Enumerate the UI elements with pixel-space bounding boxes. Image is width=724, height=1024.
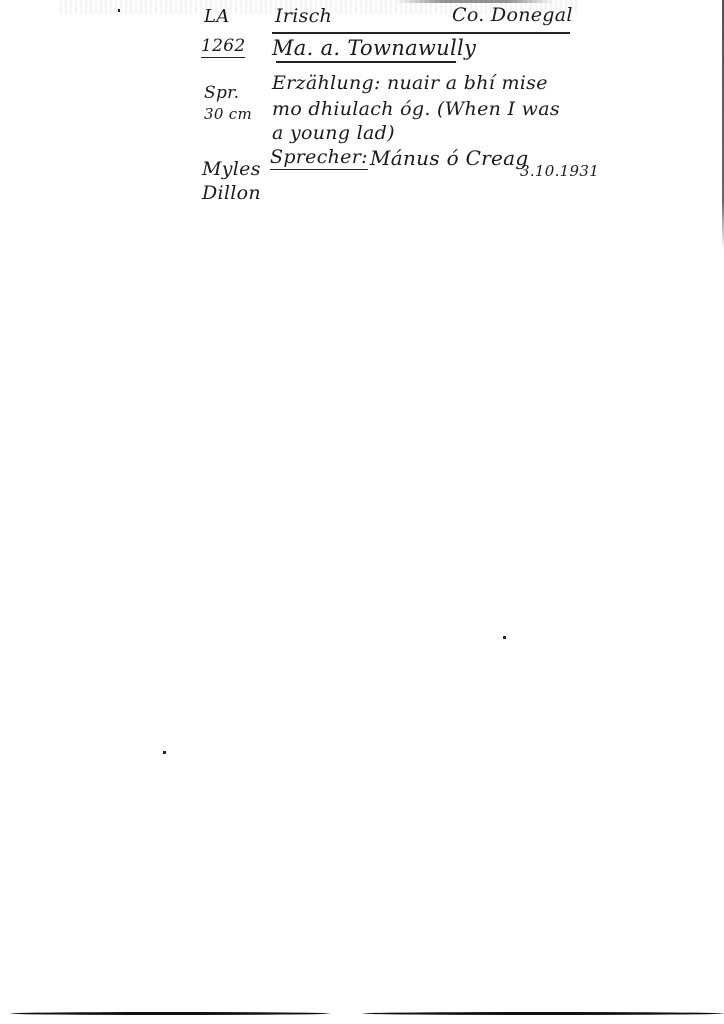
bottom-edge-line-right (362, 1012, 724, 1015)
scan-speck (503, 636, 506, 639)
bottom-edge-line-left (10, 1012, 330, 1015)
scan-artifact-top (395, 0, 555, 3)
header-rule (272, 32, 570, 34)
content-line-3: a young lad) (272, 122, 395, 144)
region-label: Co. Donegal (452, 4, 573, 26)
speaker-name: Mánus ó Creag (370, 146, 529, 170)
recorder-first-name: Myles (202, 158, 261, 180)
scan-speck (118, 9, 120, 12)
content-line-2: mo dhiulach óg. (When I was (272, 98, 560, 120)
content-line-1: Erzählung: nuair a bhí mise (272, 72, 548, 94)
speaker-label: Sprecher: (270, 146, 368, 170)
scan-speck (163, 751, 166, 754)
record-number: 1262 (201, 36, 245, 58)
recorder-last-name: Dillon (202, 182, 261, 204)
recording-date: 3.10.1931 (520, 162, 599, 180)
place-rule (276, 61, 456, 63)
format-label: Spr. (204, 83, 239, 103)
collection-mark: LA (204, 6, 230, 27)
size-label: 30 cm (204, 105, 252, 123)
record-place: Ma. a. Townawully (272, 36, 476, 60)
language-label: Irisch (275, 5, 332, 27)
